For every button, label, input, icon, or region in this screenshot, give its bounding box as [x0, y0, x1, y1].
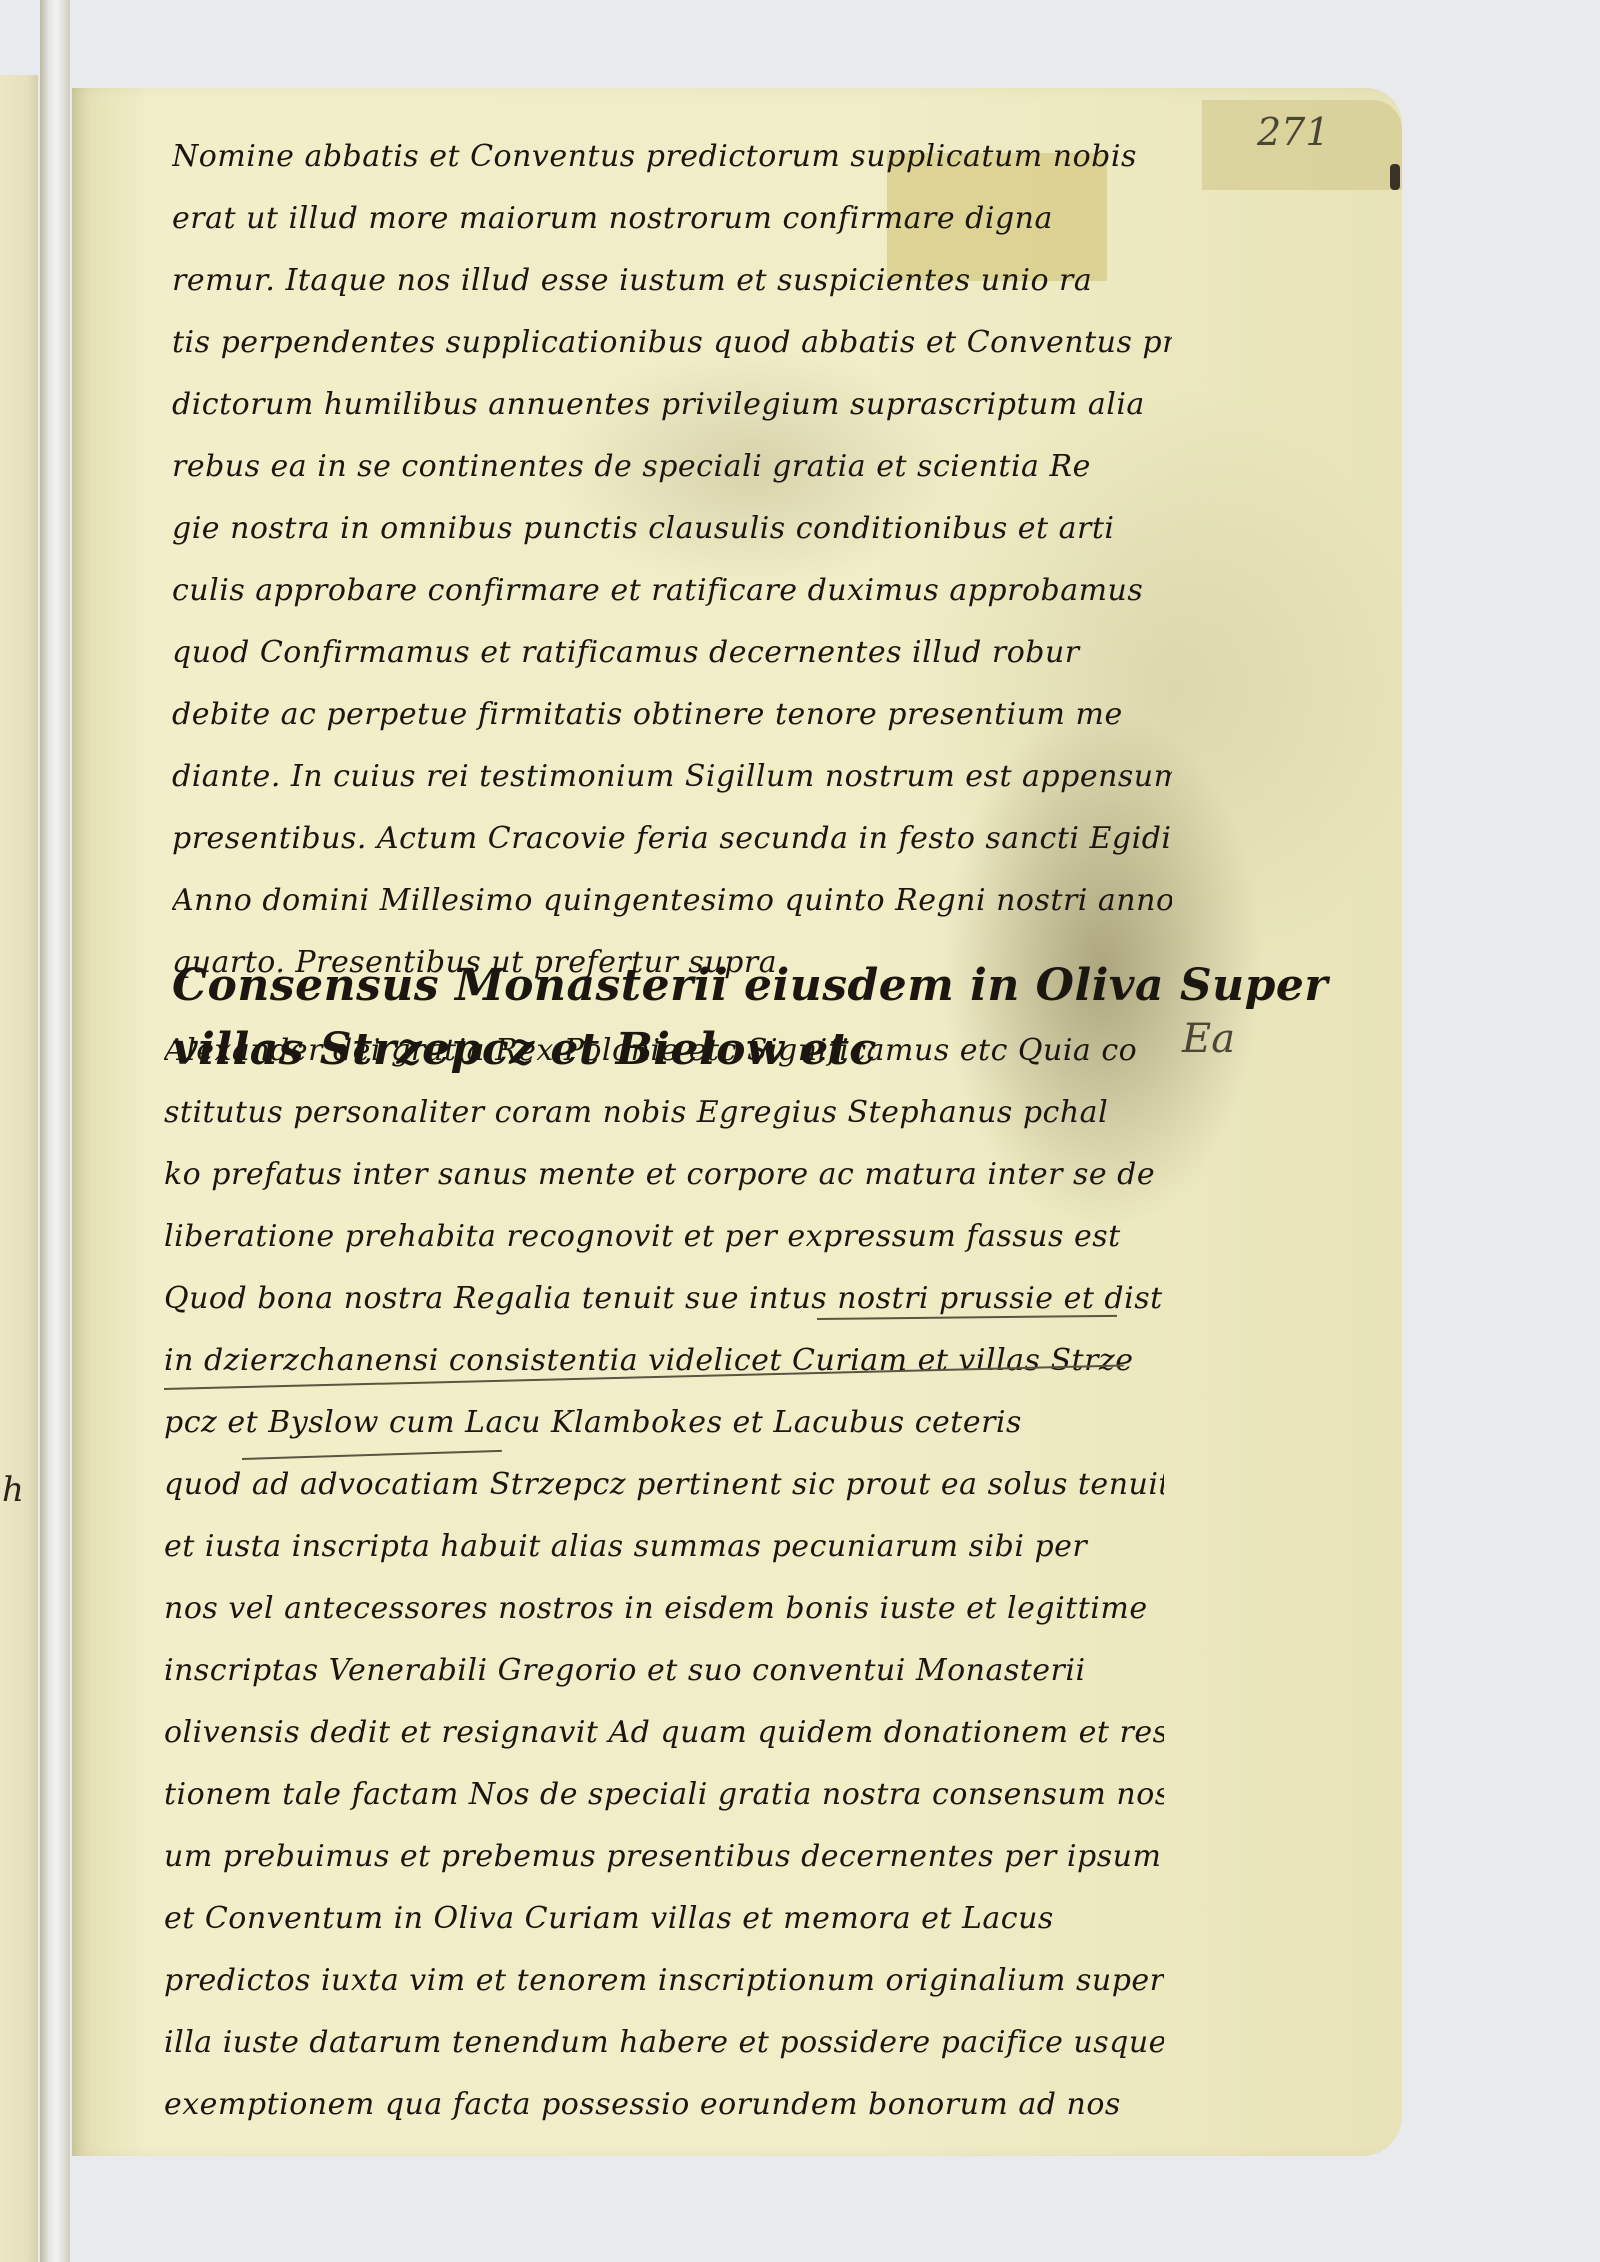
text-line: diante. In cuius rei testimonium Sigillu… — [172, 746, 1172, 808]
text-line: rebus ea in se continentes de speciali g… — [172, 436, 1172, 498]
text-line: Alexander dei gratia Rex Polonie etc Sig… — [164, 1020, 1164, 1082]
binding-strip-left-page — [0, 75, 38, 2262]
text-line: et iusta inscripta habuit alias summas p… — [164, 1516, 1164, 1578]
text-line: illa iuste datarum tenendum habere et po… — [164, 2012, 1164, 2074]
left-page-margin-mark: h — [2, 1470, 24, 1510]
text-line: stitutus personaliter coram nobis Egregi… — [164, 1082, 1164, 1144]
text-line: nos vel antecessores nostros in eisdem b… — [164, 1578, 1164, 1640]
text-line: erat ut illud more maiorum nostrorum con… — [172, 188, 1172, 250]
text-line: predictos iuxta vim et tenorem inscripti… — [164, 1950, 1164, 2012]
text-line: in dzierzchanensi consistentia videlicet… — [164, 1330, 1164, 1392]
binding-gutter — [40, 0, 70, 2262]
text-line: liberatione prehabita recognovit et per … — [164, 1206, 1164, 1268]
text-line: pcz et Byslow cum Lacu Klambokes et Lacu… — [164, 1392, 1164, 1454]
text-line: remur. Itaque nos illud esse iustum et s… — [172, 250, 1172, 312]
text-line: Quod bona nostra Regalia tenuit sue intu… — [164, 1268, 1164, 1330]
heading-line: Consensus Monasterii eiusdem in Oliva Su… — [172, 954, 1172, 1018]
text-line: quod ad advocatiam Strzepcz pertinent si… — [164, 1454, 1164, 1516]
margin-note: Ea — [1182, 1016, 1235, 1062]
text-section-2: Alexander dei gratia Rex Polonie etc Sig… — [164, 1020, 1164, 2136]
text-line: um prebuimus et prebemus presentibus dec… — [164, 1826, 1164, 1888]
page-edge-damage — [1390, 164, 1400, 190]
text-line: dictorum humilibus annuentes privilegium… — [172, 374, 1172, 436]
text-line: exemptionem qua facta possessio eorundem… — [164, 2074, 1164, 2136]
text-line: gie nostra in omnibus punctis clausulis … — [172, 498, 1172, 560]
text-line: ko prefatus inter sanus mente et corpore… — [164, 1144, 1164, 1206]
text-section-1: Nomine abbatis et Conventus predictorum … — [172, 126, 1172, 994]
text-line: Anno domini Millesimo quingentesimo quin… — [172, 870, 1172, 932]
text-line: debite ac perpetue firmitatis obtinere t… — [172, 684, 1172, 746]
manuscript-page: 271 Nomine abbatis et Conventus predicto… — [72, 88, 1402, 2156]
text-line: olivensis dedit et resignavit Ad quam qu… — [164, 1702, 1164, 1764]
text-line: culis approbare confirmare et ratificare… — [172, 560, 1172, 622]
text-line: inscriptas Venerabili Gregorio et suo co… — [164, 1640, 1164, 1702]
text-line: et Conventum in Oliva Curiam villas et m… — [164, 1888, 1164, 1950]
text-line: Nomine abbatis et Conventus predictorum … — [172, 126, 1172, 188]
text-line: tis perpendentes supplicationibus quod a… — [172, 312, 1172, 374]
text-line: quod Confirmamus et ratificamus decernen… — [172, 622, 1172, 684]
text-line: tionem tale factam Nos de speciali grati… — [164, 1764, 1164, 1826]
folio-number: 271 — [1257, 110, 1330, 154]
text-line: presentibus. Actum Cracovie feria secund… — [172, 808, 1172, 870]
